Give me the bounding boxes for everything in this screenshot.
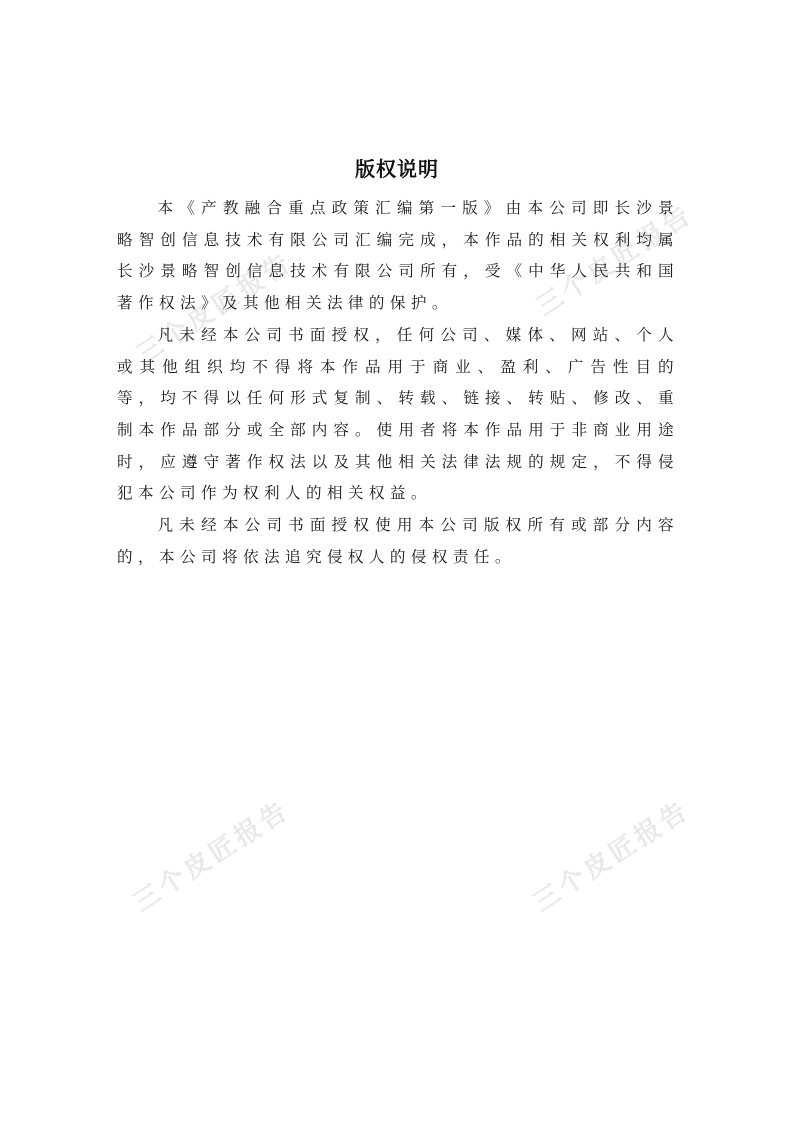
copyright-body: 本《产教融合重点政策汇编第一版》由本公司即长沙景略智创信息技术有限公司汇编完成，…: [117, 193, 679, 573]
paragraph-usage-restrictions: 凡未经本公司书面授权，任何公司、媒体、网站、个人或其他组织均不得将本作品用于商业…: [117, 320, 679, 510]
paragraph-liability: 凡未经本公司书面授权使用本公司版权所有或部分内容的，本公司将依法追究侵权人的侵权…: [117, 510, 679, 573]
watermark: 三个皮匠报告: [525, 790, 696, 919]
page-title: 版权说明: [0, 153, 794, 182]
paragraph-ownership: 本《产教融合重点政策汇编第一版》由本公司即长沙景略智创信息技术有限公司汇编完成，…: [117, 193, 679, 320]
watermark: 三个皮匠报告: [125, 790, 296, 919]
document-page: 三个皮匠报告 三个皮匠报告 三个皮匠报告 三个皮匠报告 版权说明 本《产教融合重…: [0, 0, 794, 1123]
